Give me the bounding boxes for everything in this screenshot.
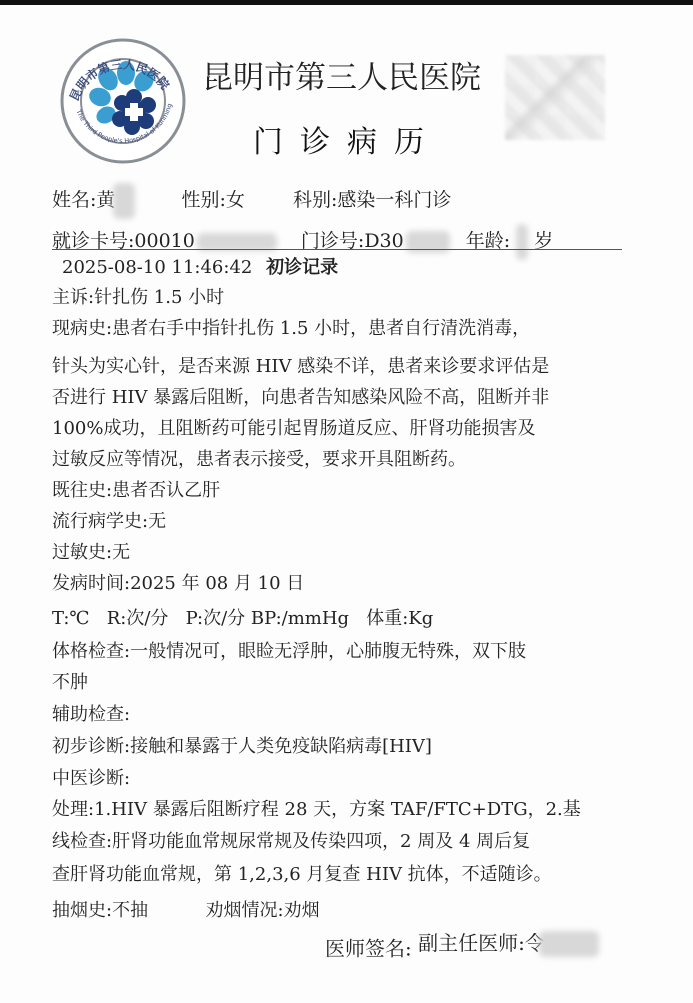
top-edge-bar: [0, 0, 693, 5]
hospital-name: 昆明市第三人民医院: [202, 52, 481, 97]
name-label: 姓名:: [52, 189, 96, 211]
redacted-age: [516, 224, 528, 260]
auxiliary-exam: 辅助检查:: [52, 706, 130, 724]
treatment-line-1: 处理:1.HIV 暴露后阻断疗程 28 天，方案 TAF/FTC+DTG，2.基: [52, 801, 581, 819]
physical-exam-line-1: 体格检查:一般情况可，眼睑无浮肿，心肺腹无特殊，双下肢: [52, 643, 526, 661]
redacted-doctor-name: [539, 931, 599, 957]
vital-signs: T:℃ R:次/分 P:次/分 BP:/mmHg 体重:Kg: [52, 610, 433, 628]
physical-exam-line-2: 不肿: [52, 674, 88, 692]
patient-info-row-2: 就诊卡号:00010 门诊号:D30 年龄:岁: [52, 224, 553, 260]
hospital-logo-icon: 昆明市第三人民医院 The Third People's Hospital of…: [56, 37, 190, 165]
epidemiological-history: 流行病学史:无: [52, 513, 166, 531]
allergy-history: 过敏史:无: [52, 544, 130, 562]
record-type: 初诊记录: [266, 257, 338, 278]
smoking-advice-label: 劝烟情况:: [206, 900, 284, 921]
present-illness-line-5: 过敏反应等情况，患者表示接受，要求开具阻断药。: [52, 451, 466, 469]
present-illness-line-1: 现病史:患者右手中指针扎伤 1.5 小时，患者自行清洗消毒，: [52, 320, 530, 338]
treatment-line-2: 线检查:肝肾功能血常规尿常规及传染四项，2 周及 4 周后复: [52, 833, 530, 851]
treatment-line-3: 查肝肾功能血常规，第 1,2,3,6 月复查 HIV 抗体，不适随诊。: [52, 866, 552, 884]
department-label: 科别:: [293, 189, 337, 211]
tcm-diagnosis: 中医诊断:: [52, 770, 130, 788]
redacted-mosaic: [505, 55, 605, 140]
smoking-advice-value: 劝烟: [284, 900, 320, 921]
preliminary-diagnosis: 初步诊断:接触和暴露于人类免疫缺陷病毒[HIV]: [52, 738, 432, 756]
present-illness-line-4: 100%成功，且阻断药可能引起胃肠道反应、肝肾功能损害及: [52, 420, 535, 438]
department-value: 感染一科门诊: [337, 189, 451, 211]
past-history: 既往史:患者否认乙肝: [52, 482, 220, 500]
smoking-history-label: 抽烟史:: [52, 900, 112, 921]
chief-complaint: 主诉:针扎伤 1.5 小时: [52, 289, 224, 307]
header-divider: [52, 249, 622, 250]
smoking-history-value: 不抽: [112, 900, 148, 921]
present-illness-line-2: 针头为实心针，是否来源 HIV 感染不详，患者来诊要求评估是: [52, 358, 549, 376]
redacted-name: [113, 183, 135, 219]
doctor-title: 副主任医师:: [418, 931, 525, 955]
signature-label: 医师签名:: [325, 937, 412, 961]
record-timestamp: 2025-08-10 11:46:42: [62, 257, 252, 278]
record-header: 2025-08-10 11:46:42 初诊记录: [62, 259, 338, 277]
gender-label: 性别:: [181, 189, 225, 211]
onset-time: 发病时间:2025 年 08 月 10 日: [52, 575, 304, 593]
smoking-row: 抽烟史:不抽 劝烟情况:劝烟: [52, 902, 320, 920]
document-title: 门诊病历: [253, 117, 441, 161]
patient-info-row-1: 姓名:黄 性别:女 科别:感染一科门诊: [52, 183, 451, 219]
gender-value: 女: [226, 189, 245, 211]
doctor-signature: 医师签名: 副主任医师:令: [325, 937, 599, 963]
present-illness-line-3: 否进行 HIV 暴露后阻断，向患者告知感染风险不高，阻断并非: [52, 389, 549, 407]
